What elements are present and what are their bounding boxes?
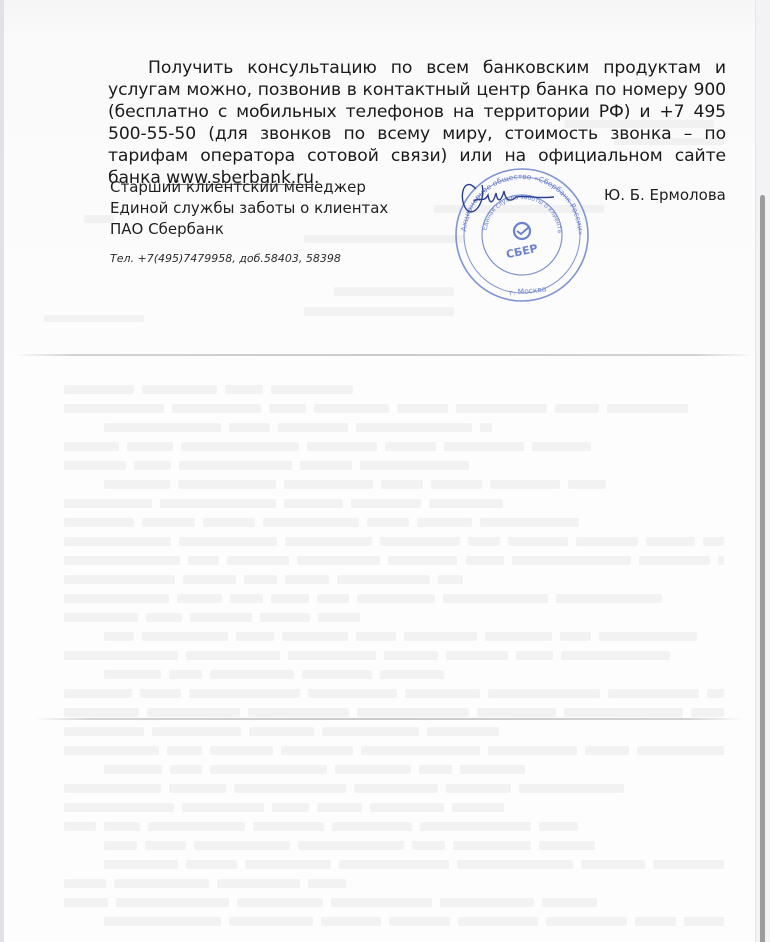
signer-title-line1: Старший клиентский менеджер <box>110 177 388 198</box>
svg-text:г. Москва: г. Москва <box>509 284 547 297</box>
fold-line <box>34 718 744 720</box>
signer-name: Ю. Б. Ермолова <box>604 186 726 204</box>
organization-name: ПАО Сбербанк <box>110 219 388 240</box>
svg-text:Акционерное общество «Сбербанк: Акционерное общество «Сбербанк России» <box>459 172 585 236</box>
contact-phone: Тел. +7(495)7479958, доб.58403, 58398 <box>110 252 341 265</box>
svg-text:СБЕР: СБЕР <box>505 242 539 261</box>
scanned-document-page: Получить консультацию по всем банковским… <box>4 0 756 942</box>
signer-title-line2: Единой службы заботы о клиентах <box>110 198 388 219</box>
official-stamp-icon: Акционерное общество «Сбербанк России» Е… <box>444 157 594 307</box>
scrollbar-thumb[interactable] <box>760 195 765 942</box>
signature-block: Старший клиентский менеджер Единой служб… <box>110 177 388 240</box>
vertical-scrollbar[interactable] <box>755 0 770 942</box>
fold-line <box>14 354 754 356</box>
consultation-paragraph: Получить консультацию по всем банковским… <box>108 57 726 189</box>
